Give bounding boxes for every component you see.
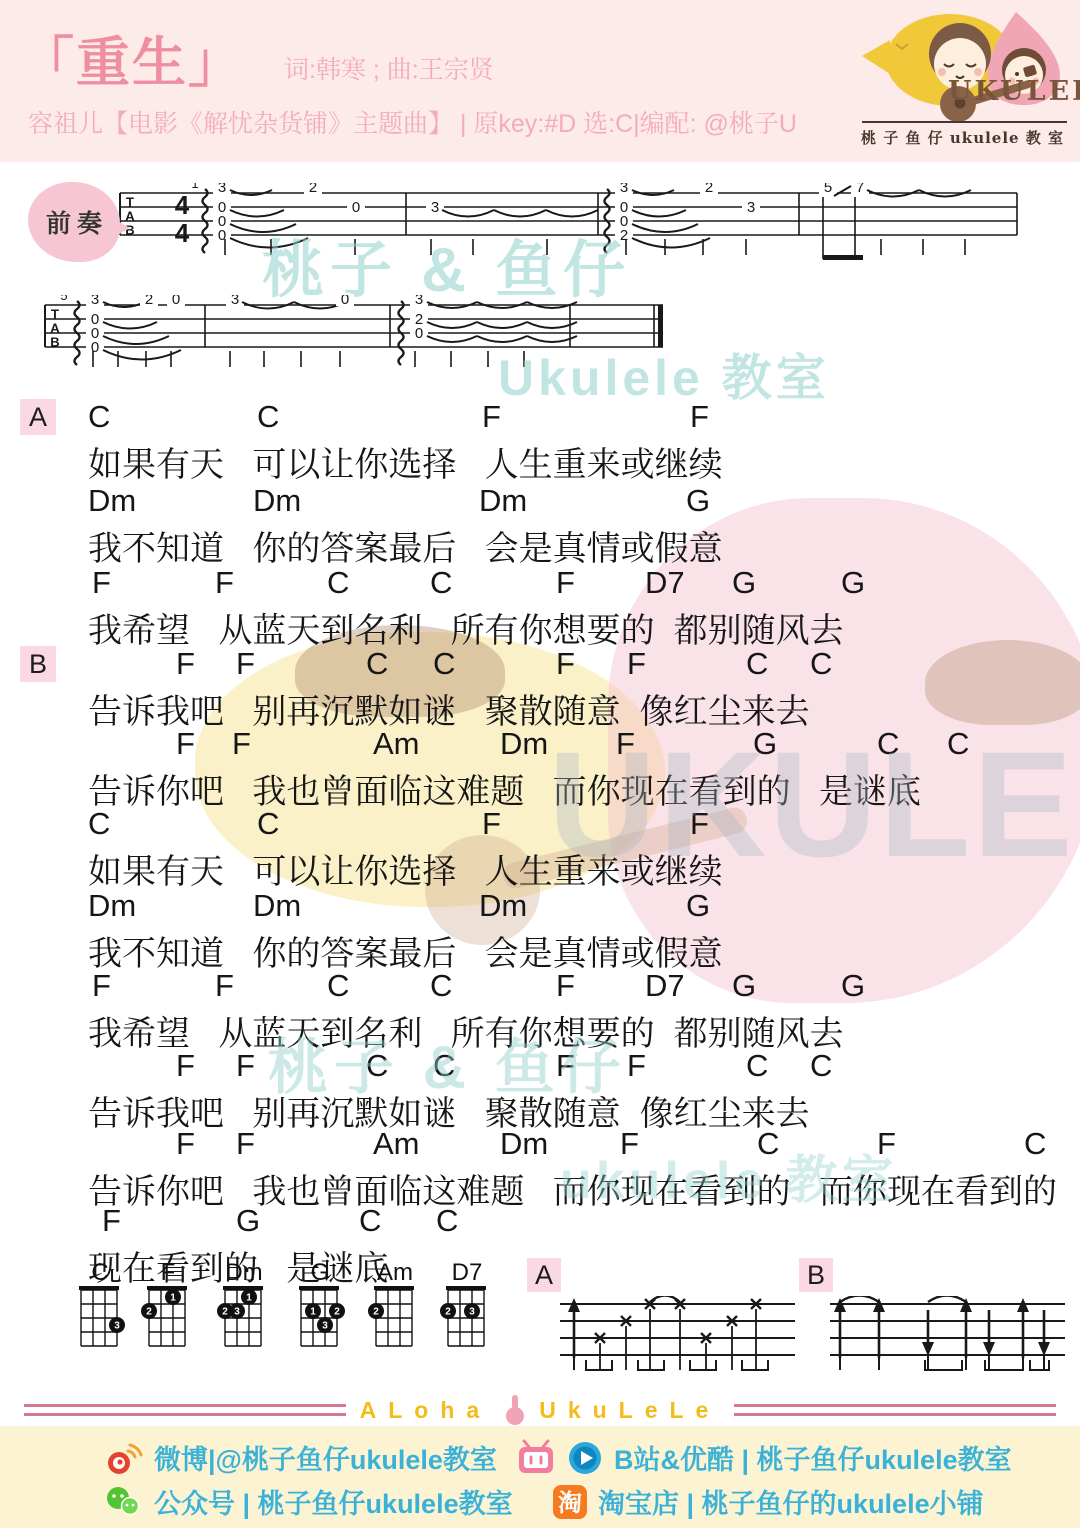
chord-diagram-Dm: Dm123 [212, 1262, 276, 1366]
tab-note: 3 [218, 183, 226, 196]
chord-label: F [102, 1203, 121, 1239]
finger-number: 3 [114, 1321, 120, 1332]
chord-label: F [236, 1126, 255, 1162]
aloha-word: ALoha [360, 1397, 492, 1424]
song-subtitle: 容祖儿【电影《解忧杂货铺》主题曲】 | 原key:#D 选:C|编配: @桃子U [28, 104, 797, 140]
tab-note: 3 [91, 295, 99, 308]
chord-label: Dm [479, 888, 527, 924]
finger-number: 2 [373, 1307, 379, 1318]
chord-label: F [176, 1126, 195, 1162]
logo-divider [862, 121, 1067, 123]
lyric-line: 如果有天 可以让你选择 人生重来或继续 [88, 844, 723, 893]
tab-staff: TAB441300030022032357 [118, 183, 1028, 283]
chord-label: F [215, 565, 234, 601]
svg-text:1: 1 [191, 183, 198, 191]
chord-label: G [841, 565, 865, 601]
tab-note: 7 [856, 183, 864, 196]
chord-label: F [236, 646, 255, 682]
tab-note: 3 [231, 295, 239, 308]
chord-label: G [841, 968, 865, 1004]
chord-label: G [236, 1203, 260, 1239]
lyric-line: 如果有天 可以让你选择 人生重来或继续 [88, 437, 723, 486]
video-link-text: B站&优酷 | 桃子鱼仔ukulele教室 [614, 1438, 1012, 1477]
svg-text:T: T [126, 195, 134, 210]
wechat-link: 公众号 | 桃子鱼仔ukulele教室 [104, 1482, 513, 1521]
chord-label: F [690, 806, 709, 842]
chord-label: F [176, 1048, 195, 1084]
play-icon [566, 1439, 604, 1477]
tab-note: 0 [341, 295, 349, 308]
chord-label: Dm [88, 483, 136, 519]
chord-label: F [92, 565, 111, 601]
finger-number: 3 [469, 1307, 475, 1318]
section-marker-B: B [20, 646, 56, 682]
strum-pattern-B [830, 1296, 1070, 1382]
finger-number: 3 [234, 1307, 240, 1318]
chord-label: C [810, 1048, 832, 1084]
finger-number: 1 [246, 1293, 252, 1304]
chord-diagram-D7: D723 [435, 1262, 499, 1366]
svg-text:4: 4 [175, 218, 190, 248]
chord-label: F [877, 1126, 896, 1162]
chord-label: Dm [253, 888, 301, 924]
chord-label: Dm [500, 1126, 548, 1162]
lyric-line: 告诉你吧 我也曾面临这难题 而你现在看到的 而你现在看到的 [88, 1164, 1057, 1213]
finger-number: 2 [222, 1307, 228, 1318]
bilibili-icon [518, 1439, 556, 1477]
wechat-link-text: 公众号 | 桃子鱼仔ukulele教室 [154, 1482, 513, 1521]
svg-text:淘: 淘 [558, 1489, 582, 1517]
finger-number: 2 [445, 1307, 451, 1318]
chord-label: F [556, 968, 575, 1004]
tab-note: 3 [620, 183, 628, 196]
svg-text:4: 4 [175, 190, 190, 220]
mini-ukulele-icon [505, 1394, 525, 1426]
chord-diagram-name: G [311, 1262, 330, 1286]
chord-label: F [176, 726, 195, 762]
chord-label: C [810, 646, 832, 682]
svg-text:5: 5 [60, 295, 67, 303]
finger-number: 1 [310, 1307, 316, 1318]
chord-label: F [620, 1126, 639, 1162]
chord-label: F [627, 646, 646, 682]
strum-marker-A: A [527, 1258, 561, 1292]
video-link: B站&优酷 | 桃子鱼仔ukulele教室 [518, 1438, 1012, 1477]
chord-diagram-name: C [91, 1262, 108, 1286]
tab-note: 3 [415, 295, 423, 308]
taobao-link: 淘 淘宝店 | 桃子鱼仔的ukulele小铺 [552, 1482, 984, 1521]
svg-text:T: T [51, 307, 59, 322]
chord-label: C [88, 399, 110, 435]
tab-note: 2 [620, 227, 628, 244]
chord-diagram-name: Am [377, 1262, 413, 1286]
chord-label: C [433, 1048, 455, 1084]
chord-label: C [359, 1203, 381, 1239]
chord-label: C [88, 806, 110, 842]
taobao-link-text: 淘宝店 | 桃子鱼仔的ukulele小铺 [598, 1482, 984, 1521]
lyric-line: 我不知道 你的答案最后 会是真情或假意 [88, 521, 723, 570]
weibo-link: 微博|@桃子鱼仔ukulele教室 [104, 1438, 497, 1477]
chord-label: Dm [88, 888, 136, 924]
tab-note: 3 [431, 199, 439, 216]
chord-label: C [366, 646, 388, 682]
chord-label: C [257, 806, 279, 842]
finger-number: 3 [322, 1321, 328, 1332]
ukulele-word: UkuLeLe [539, 1397, 720, 1424]
logo-brand-text: UKULELE [948, 76, 1080, 107]
chord-label: Dm [479, 483, 527, 519]
chord-diagram-F: F12 [136, 1262, 200, 1366]
chord-label: F [236, 1048, 255, 1084]
strum-marker-B: B [799, 1258, 833, 1292]
svg-text:A: A [50, 321, 60, 336]
chord-label: F [92, 968, 111, 1004]
intro-label: 前奏 [40, 204, 108, 240]
chord-label: G [732, 968, 756, 1004]
sheet-page: 「重生」 词:韩寒 ; 曲:王宗贤 容祖儿【电影《解忧杂货铺》主题曲】 | 原k… [0, 0, 1080, 1528]
song-title: 「重生」 [20, 20, 244, 97]
weibo-icon [104, 1440, 144, 1476]
tab-note: 3 [747, 199, 755, 216]
chord-label: C [327, 968, 349, 1004]
aloha-banner: ALoha UkuLeLe [0, 1394, 1080, 1426]
finger-number: 2 [334, 1307, 340, 1318]
chord-label: F [556, 1048, 575, 1084]
tab-note: 0 [415, 325, 423, 342]
chord-label: Am [373, 1126, 420, 1162]
chord-label: C [257, 399, 279, 435]
chord-diagram-name: Dm [225, 1262, 262, 1286]
chord-label: F [556, 565, 575, 601]
chord-label: C [366, 1048, 388, 1084]
chord-label: G [732, 565, 756, 601]
strum-pattern-A [560, 1296, 800, 1382]
chord-label: C [746, 646, 768, 682]
lyric-line: 告诉你吧 我也曾面临这难题 而你现在看到的 是谜底 [88, 764, 921, 813]
chord-label: Dm [500, 726, 548, 762]
logo-studio-text: 桃 子 鱼 仔 ukulele 教 室 [861, 127, 1064, 148]
tab-note: 0 [91, 339, 99, 356]
tab-note: 2 [145, 295, 153, 308]
chord-label: G [686, 483, 710, 519]
chord-label: G [686, 888, 710, 924]
taobao-icon: 淘 [552, 1484, 588, 1520]
tab-staff: TAB530003202030 [43, 295, 683, 395]
lyric-line: 我不知道 你的答案最后 会是真情或假意 [88, 926, 723, 975]
tab-note: 0 [352, 199, 360, 216]
chord-diagram-name: F [161, 1262, 176, 1286]
finger-number: 1 [170, 1293, 176, 1304]
chord-label: C [430, 968, 452, 1004]
chord-diagram-Am: Am2 [363, 1262, 427, 1366]
tab-note: 0 [172, 295, 180, 308]
chord-diagram-G: G123 [288, 1262, 352, 1366]
chord-label: C [327, 565, 349, 601]
wechat-icon [104, 1484, 144, 1520]
chord-label: G [753, 726, 777, 762]
tab-note: 2 [705, 183, 713, 196]
section-marker-A: A [20, 399, 56, 435]
intro-label-bubble: 前奏 [28, 182, 120, 262]
chord-label: F [232, 726, 251, 762]
tab-note: 2 [309, 183, 317, 196]
chord-label: Am [373, 726, 420, 762]
chord-label: F [176, 646, 195, 682]
lyric-line: 我希望 从蓝天到名利 所有你想要的 都别随风去 [88, 1006, 844, 1055]
chord-label: D7 [645, 968, 685, 1004]
weibo-link-text: 微博|@桃子鱼仔ukulele教室 [154, 1438, 497, 1477]
chord-label: C [757, 1126, 779, 1162]
chord-label: C [746, 1048, 768, 1084]
banner-line-right [734, 1404, 1056, 1416]
studio-logo [856, 4, 1074, 126]
chord-label: Dm [253, 483, 301, 519]
lyric-line: 我希望 从蓝天到名利 所有你想要的 都别随风去 [88, 603, 844, 652]
chord-label: D7 [645, 565, 685, 601]
chord-label: F [556, 646, 575, 682]
chord-diagram-C: C3 [68, 1262, 132, 1366]
chord-label: F [482, 399, 501, 435]
watermark-hair-right [925, 640, 1080, 725]
chord-label: F [690, 399, 709, 435]
chord-label: C [1024, 1126, 1046, 1162]
banner-line-left [24, 1404, 346, 1416]
lyric-line: 告诉我吧 别再沉默如谜 聚散随意 像红尘来去 [88, 684, 810, 733]
chord-label: C [433, 646, 455, 682]
tab-note: 5 [824, 183, 832, 196]
intro-bubble-tail [116, 220, 130, 236]
chord-label: F [616, 726, 635, 762]
chord-label: C [947, 726, 969, 762]
lyric-line: 告诉我吧 别再沉默如谜 聚散随意 像红尘来去 [88, 1086, 810, 1135]
finger-number: 2 [146, 1307, 152, 1318]
svg-text:B: B [50, 335, 59, 350]
chord-diagram-name: D7 [452, 1262, 483, 1286]
chord-label: F [627, 1048, 646, 1084]
chord-label: C [430, 565, 452, 601]
chord-label: F [215, 968, 234, 1004]
logo-fish-tail [862, 40, 890, 74]
chord-label: C [877, 726, 899, 762]
chord-label: C [436, 1203, 458, 1239]
song-credits: 词:韩寒 ; 曲:王宗贤 [284, 50, 494, 86]
header: 「重生」 词:韩寒 ; 曲:王宗贤 容祖儿【电影《解忧杂货铺》主题曲】 | 原k… [0, 0, 1080, 162]
chord-label: F [482, 806, 501, 842]
